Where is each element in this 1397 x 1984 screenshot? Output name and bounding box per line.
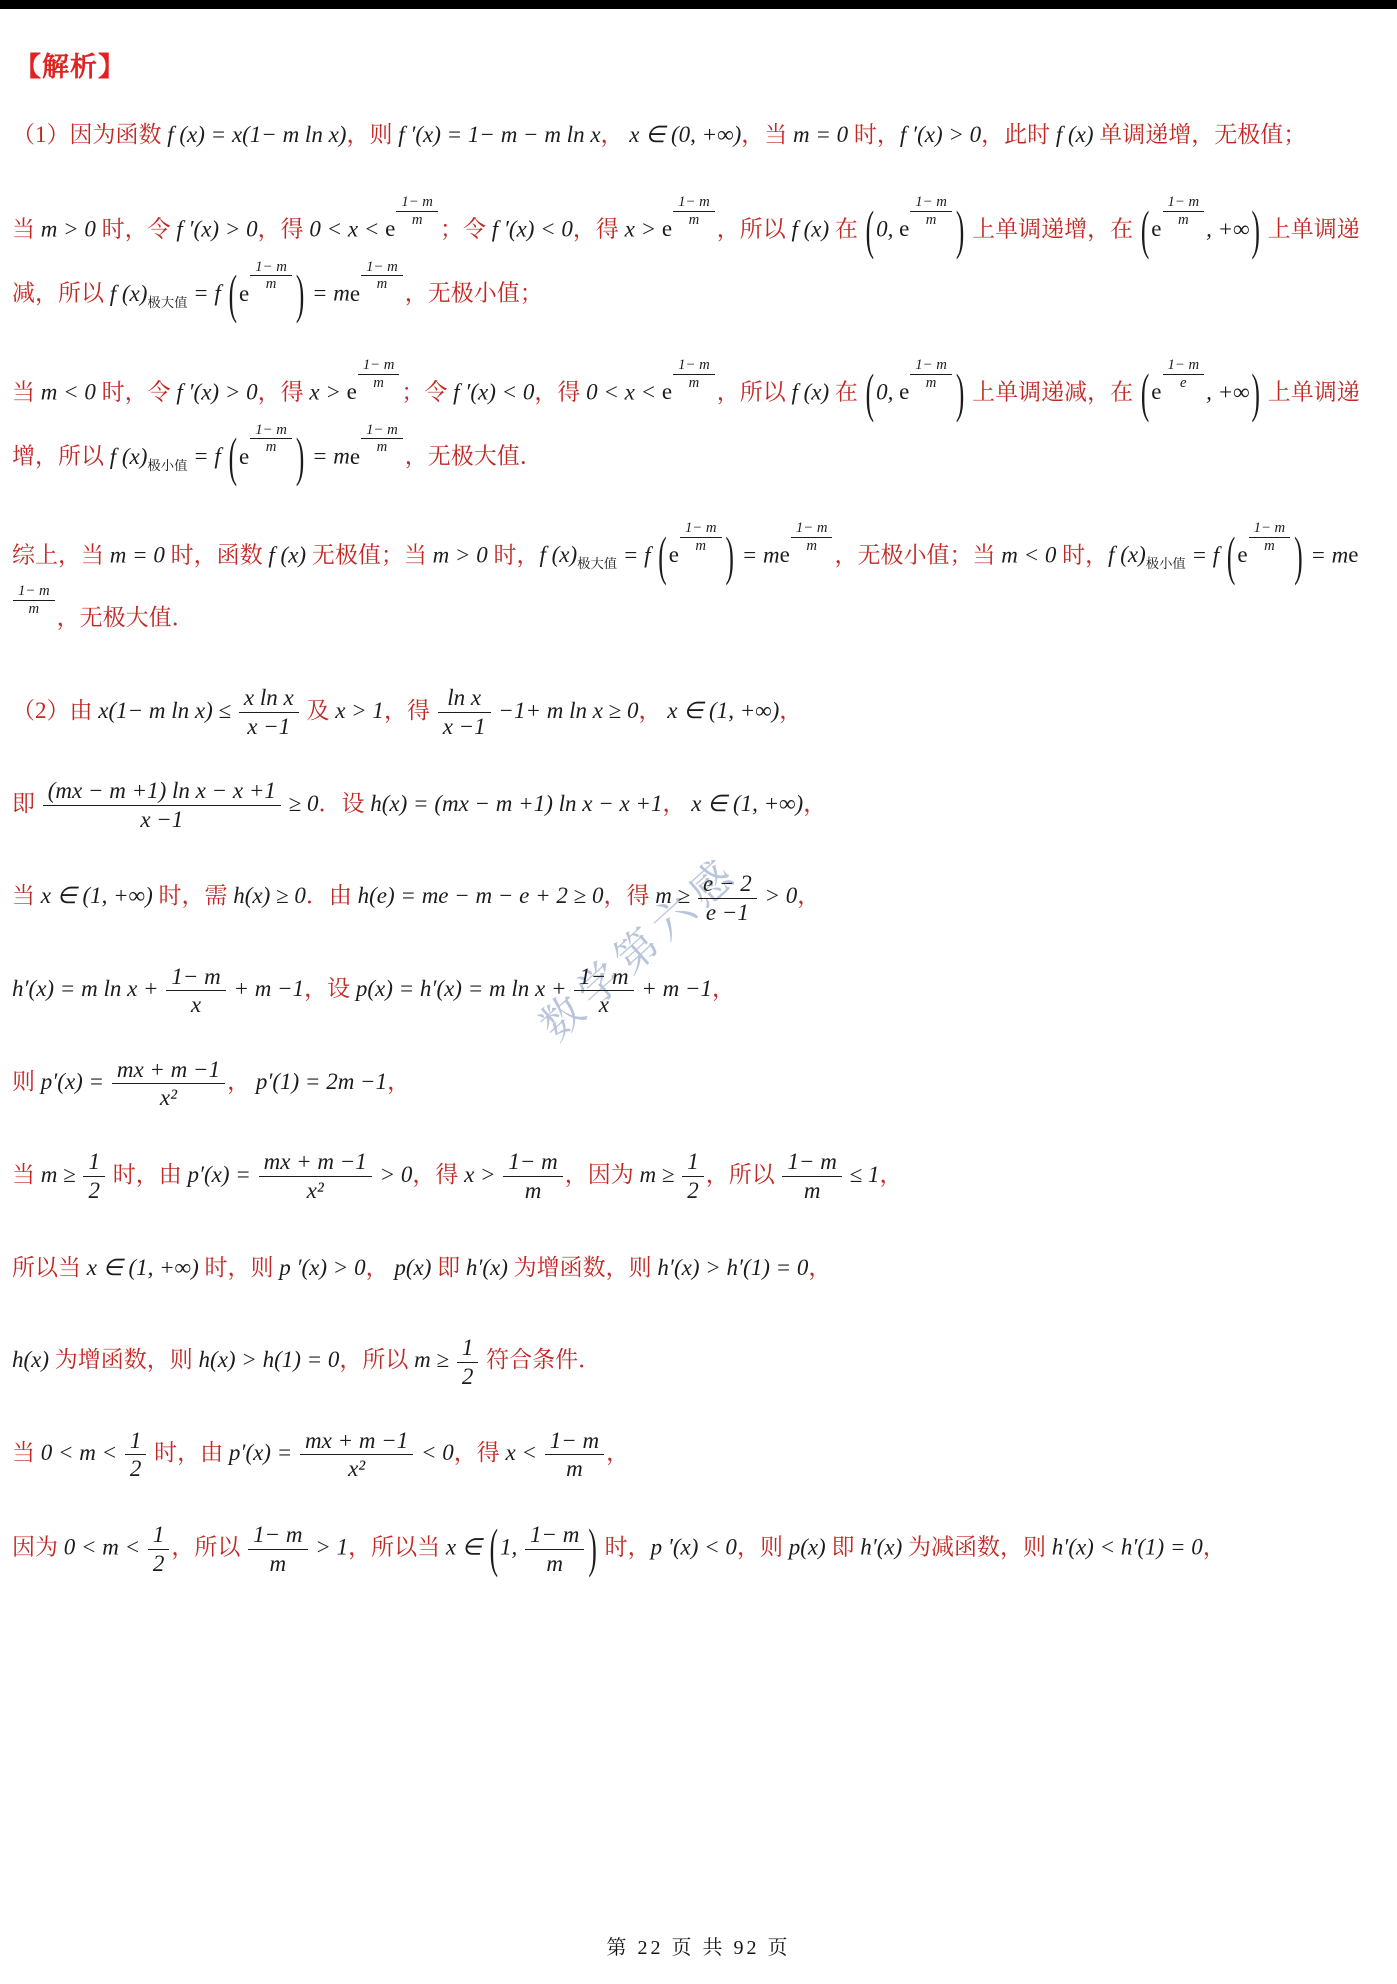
text-run: 无极值；当: [306, 542, 433, 567]
exp-expression: e1− mm: [239, 281, 294, 306]
fraction-denominator: x: [166, 991, 225, 1019]
fraction: 1− mm: [248, 1521, 307, 1577]
text-run: ，: [606, 1440, 629, 1465]
math-run: x >: [464, 1162, 501, 1187]
fraction-denominator: x −1: [43, 806, 281, 834]
fraction: e − 2e −1: [698, 870, 757, 926]
text-run: 当: [12, 883, 41, 908]
math-run: x > 1: [335, 698, 384, 723]
fraction: 12: [457, 1334, 479, 1390]
exp-expression: e1− mm: [350, 444, 405, 469]
math-run: m > 0: [41, 216, 96, 241]
fraction: 1− mm: [673, 194, 715, 227]
e-base: e: [662, 216, 672, 241]
math-run: = f: [187, 444, 226, 469]
text-run: ，所以: [717, 379, 792, 404]
text-run: 则: [12, 1069, 41, 1094]
exp-expression: e1− mm: [669, 542, 724, 567]
math-run: p′(x) =: [187, 1162, 256, 1187]
big-paren-close: ): [724, 488, 736, 627]
math-run: p′(x) =: [41, 1069, 110, 1094]
math-run: p(x) = h′(x) = m ln x +: [356, 976, 572, 1001]
math-run: h′(x) = m ln x +: [12, 976, 164, 1001]
text-run: ，所以: [717, 216, 792, 241]
math-run: 0 < x <: [309, 216, 385, 241]
fraction-numerator: 1− m: [361, 259, 403, 276]
text-run: ，得: [412, 1162, 464, 1187]
e-base: e: [239, 281, 249, 306]
e-base: e: [1348, 542, 1358, 567]
fraction: 1− mm: [680, 520, 722, 553]
big-paren-open: (: [227, 226, 239, 365]
math-run: x <: [506, 1440, 543, 1465]
fraction-numerator: mx + m −1: [259, 1148, 372, 1177]
fraction-denominator: m: [13, 601, 55, 617]
fraction: (mx − m +1) ln x − x +1x −1: [43, 777, 281, 833]
math-run: h(x) ≥ 0: [233, 883, 306, 908]
text-run: ，则: [346, 122, 398, 147]
text-run: ，: [366, 1255, 395, 1280]
fraction-denominator: 2: [682, 1177, 704, 1205]
e-base: e: [1151, 379, 1161, 404]
text-run: ，设: [304, 976, 356, 1001]
fraction-denominator: m: [680, 538, 722, 554]
exp-expression: e1− mm: [1151, 216, 1206, 241]
e-base: e: [662, 379, 672, 404]
math-run: 0,: [876, 379, 899, 404]
math-run: = f: [617, 542, 656, 567]
page-number-indicator: 第 22 页 共 92 页: [0, 1931, 1397, 1960]
text-run: 时，令: [96, 216, 177, 241]
exp-expression: e1− mm: [347, 379, 402, 404]
paragraph: 综上，当 m = 0 时，函数 f (x) 无极值；当 m > 0 时，f (x…: [12, 525, 1381, 648]
document-page: 【解析】 （1）因为函数 f (x) = x(1− m ln x)，则 f ′(…: [0, 9, 1397, 1581]
fraction-numerator: 1: [83, 1148, 105, 1177]
paragraph: （2）由 x(1− m ln x) ≤ x ln xx −1 及 x > 1，得…: [12, 682, 1381, 741]
fraction: 1− mm: [250, 259, 292, 292]
paragraph: 所以当 x ∈ (1, +∞) 时，则 p ′(x) > 0， p(x) 即 h…: [12, 1239, 1381, 1298]
paragraph: 则 p′(x) = mx + m −1x²， p′(1) = 2m −1，: [12, 1053, 1381, 1112]
fraction-denominator: 2: [125, 1455, 147, 1483]
math-run: m ≥: [639, 1162, 680, 1187]
e-base: e: [899, 379, 909, 404]
text-run: 单调递增，无极值；: [1094, 122, 1307, 147]
e-base: e: [385, 216, 395, 241]
text-run: ，: [639, 698, 668, 723]
text-run: ，无极小值；: [405, 281, 543, 306]
math-run: ≤ 1: [844, 1162, 880, 1187]
math-run: , +∞: [1206, 379, 1249, 404]
math-run: f (x) = x(1− m ln x): [167, 122, 346, 147]
math-run: x ∈: [446, 1534, 488, 1559]
math-run: = m: [306, 281, 350, 306]
fraction-numerator: 1− m: [910, 194, 952, 211]
text-run: 时，: [599, 1534, 651, 1559]
fraction: 12: [125, 1427, 147, 1483]
fraction-denominator: m: [545, 1455, 604, 1483]
math-run: x ∈ (1, +∞): [667, 698, 779, 723]
math-run: h(x) = (mx − m +1) ln x − x +1: [370, 791, 662, 816]
solution-body: （1）因为函数 f (x) = x(1− m ln x)，则 f ′(x) = …: [12, 106, 1381, 1581]
text-run: 时，由: [107, 1162, 188, 1187]
text-run: 当: [12, 216, 41, 241]
exp-expression: e1− mm: [780, 542, 835, 567]
big-paren-open: (: [864, 162, 876, 301]
exp-expression: e1− mm: [350, 281, 405, 306]
fraction-numerator: mx + m −1: [300, 1427, 413, 1456]
text-run: （1）因为函数: [12, 122, 167, 147]
text-run: 及: [301, 698, 336, 723]
fraction: 1− mm: [1249, 520, 1291, 553]
math-run: p(x): [394, 1255, 431, 1280]
fraction: 12: [83, 1148, 105, 1204]
fraction-denominator: 2: [457, 1363, 479, 1391]
text-run: 为增函数，则: [508, 1255, 658, 1280]
text-run: ，: [662, 791, 691, 816]
fraction: 1− mm: [782, 1148, 841, 1204]
fraction-denominator: m: [910, 375, 952, 391]
text-run: 即: [12, 791, 41, 816]
text-run: 为减函数，则: [902, 1534, 1052, 1559]
fraction-numerator: 1: [457, 1334, 479, 1363]
subscript-base: f (x): [1108, 542, 1146, 567]
fraction: 1− mm: [525, 1521, 584, 1577]
text-run: ，: [808, 1255, 831, 1280]
subscript-base: f (x): [539, 542, 577, 567]
text-run: ，: [601, 122, 630, 147]
math-run: 0 < m <: [64, 1534, 146, 1559]
fraction-denominator: m: [361, 439, 403, 455]
big-paren-close: ): [294, 389, 306, 528]
e-base: e: [1151, 216, 1161, 241]
e-base: e: [780, 542, 790, 567]
math-run: x ∈ (0, +∞): [629, 122, 741, 147]
fraction-denominator: m: [358, 375, 400, 391]
math-run: 0,: [876, 216, 899, 241]
fraction-numerator: 1− m: [503, 1148, 562, 1177]
fraction-numerator: 1− m: [166, 963, 225, 992]
fraction-numerator: 1− m: [250, 422, 292, 439]
e-base: e: [239, 444, 249, 469]
fraction-denominator: m: [248, 1550, 307, 1578]
fraction-numerator: 1: [682, 1148, 704, 1177]
fraction-denominator: m: [1163, 212, 1205, 228]
text-run: ，: [803, 791, 826, 816]
fraction: 1− mm: [1163, 194, 1205, 227]
math-run: 1,: [500, 1534, 523, 1559]
fraction-denominator: m: [791, 538, 833, 554]
fraction: 1− mx: [166, 963, 225, 1019]
fraction: x ln xx −1: [239, 684, 299, 740]
exp-expression: e1− mm: [385, 216, 440, 241]
math-run: f (x): [791, 216, 829, 241]
math-run: = m: [306, 444, 350, 469]
math-run: m < 0: [1001, 542, 1056, 567]
fraction-denominator: m: [503, 1177, 562, 1205]
subscript-label: 极大值: [147, 295, 187, 310]
math-run: x ∈ (1, +∞): [691, 791, 803, 816]
fraction-numerator: 1− m: [545, 1427, 604, 1456]
fraction-numerator: (mx − m +1) ln x − x +1: [43, 777, 281, 806]
fraction-numerator: 1: [125, 1427, 147, 1456]
text-run: ，: [1203, 1534, 1226, 1559]
fraction-numerator: 1− m: [673, 357, 715, 374]
fraction-numerator: mx + m −1: [112, 1056, 225, 1085]
text-run: ，得: [384, 698, 436, 723]
math-run: p(x): [789, 1534, 826, 1559]
math-run: + m −1: [636, 976, 712, 1001]
text-run: 时，由: [148, 1440, 229, 1465]
text-run: ，因为: [565, 1162, 640, 1187]
fraction-numerator: 1− m: [1163, 357, 1205, 374]
e-base: e: [1237, 542, 1247, 567]
fraction-denominator: m: [396, 212, 438, 228]
e-base: e: [350, 444, 360, 469]
text-run: ．设: [319, 791, 371, 816]
fraction: 1− mm: [791, 520, 833, 553]
fraction-numerator: 1− m: [525, 1521, 584, 1550]
fraction: 1− mm: [545, 1427, 604, 1483]
fraction: 1− mm: [361, 422, 403, 455]
fraction-numerator: 1− m: [680, 520, 722, 537]
text-run: ，当: [741, 122, 793, 147]
math-run: > 0: [374, 1162, 413, 1187]
fraction: mx + m −1x²: [300, 1427, 413, 1483]
text-run: ，: [779, 698, 802, 723]
math-run: h(x): [12, 1347, 49, 1372]
paragraph: （1）因为函数 f (x) = x(1− m ln x)，则 f ′(x) = …: [12, 106, 1381, 165]
math-run: > 0: [759, 883, 798, 908]
paragraph: 当 m ≥ 12 时，由 p′(x) = mx + m −1x² > 0，得 x…: [12, 1146, 1381, 1205]
math-run: x ∈ (1, +∞): [41, 883, 153, 908]
text-run: 时，: [1056, 542, 1108, 567]
text-run: 当: [12, 1440, 41, 1465]
math-with-subscript: f (x)极小值: [110, 444, 188, 469]
text-run: 时，则: [199, 1255, 280, 1280]
paragraph: 当 x ∈ (1, +∞) 时，需 h(x) ≥ 0．由 h(e) = me −…: [12, 867, 1381, 926]
big-paren-close: ): [954, 325, 966, 464]
text-run: ，: [387, 1069, 410, 1094]
exp-expression: e1− me: [1151, 379, 1206, 404]
text-run: ，: [712, 976, 735, 1001]
subscript-label: 极大值: [577, 556, 617, 571]
subscript-base: f (x): [110, 444, 148, 469]
fraction-numerator: 1− m: [248, 1521, 307, 1550]
big-paren-open: (: [1225, 488, 1237, 627]
exp-expression: e1− mm: [662, 216, 717, 241]
math-run: p ′(x) > 0: [279, 1255, 365, 1280]
text-run: 时，: [488, 542, 540, 567]
text-run: 为增函数，则: [49, 1347, 199, 1372]
math-run: m ≥: [655, 883, 696, 908]
fraction-denominator: x²: [259, 1177, 372, 1205]
math-run: 0 < m <: [41, 1440, 123, 1465]
fraction-denominator: m: [250, 276, 292, 292]
e-base: e: [350, 281, 360, 306]
text-run: 上单调递增，在: [966, 216, 1139, 241]
math-run: > 1: [310, 1534, 349, 1559]
paragraph: 即 (mx − m +1) ln x − x +1x −1 ≥ 0．设 h(x)…: [12, 775, 1381, 834]
paragraph: 当 0 < m < 12 时，由 p′(x) = mx + m −1x² < 0…: [12, 1424, 1381, 1483]
fraction-denominator: m: [673, 212, 715, 228]
subscript-base: f (x): [110, 281, 148, 306]
text-run: 在: [829, 216, 864, 241]
text-run: ，得: [573, 216, 625, 241]
fraction-numerator: 1− m: [574, 963, 633, 992]
big-paren-open: (: [227, 389, 239, 528]
text-run: ，此时: [981, 122, 1056, 147]
subscript-label: 极小值: [147, 458, 187, 473]
fraction-numerator: 1− m: [673, 194, 715, 211]
big-paren-open: (: [1139, 325, 1151, 464]
text-run: 在: [829, 379, 864, 404]
fraction: 1− mm: [250, 422, 292, 455]
fraction-numerator: 1− m: [910, 357, 952, 374]
math-run: h′(x): [860, 1534, 902, 1559]
big-paren-close: ): [1292, 488, 1304, 627]
fraction: 1− mm: [358, 357, 400, 390]
math-with-subscript: f (x)极大值: [539, 542, 617, 567]
math-run: x(1− m ln x) ≤: [98, 698, 237, 723]
big-paren-close: ): [586, 1480, 598, 1619]
text-run: ，得: [534, 379, 586, 404]
text-run: ，无极大值．: [405, 444, 543, 469]
big-paren-open: (: [1139, 162, 1151, 301]
math-run: h(e) = me − m − e + 2 ≥ 0: [358, 883, 604, 908]
fraction-denominator: m: [910, 212, 952, 228]
math-run: h′(x) > h′(1) = 0: [657, 1255, 808, 1280]
fraction: 12: [682, 1148, 704, 1204]
math-run: f (x): [268, 542, 306, 567]
math-run: h′(x): [466, 1255, 508, 1280]
subscript-label: 极小值: [1146, 556, 1186, 571]
fraction: 1− mx: [574, 963, 633, 1019]
fraction-denominator: e: [1163, 375, 1205, 391]
math-run: p ′(x) < 0: [651, 1534, 737, 1559]
fraction-numerator: 1− m: [791, 520, 833, 537]
fraction-denominator: m: [673, 375, 715, 391]
fraction: 1− mm: [13, 583, 55, 616]
exp-expression: e1− mm: [899, 216, 954, 241]
fraction: ln xx −1: [438, 684, 491, 740]
math-run: = m: [1305, 542, 1349, 567]
text-run: ，所以: [706, 1162, 781, 1187]
text-run: 因为: [12, 1534, 64, 1559]
text-run: 时，函数: [165, 542, 269, 567]
math-run: ≥ 0: [283, 791, 319, 816]
math-run: = f: [1186, 542, 1225, 567]
fraction-denominator: m: [1249, 538, 1291, 554]
math-run: 0 < x <: [586, 379, 662, 404]
paragraph: h(x) 为增函数，则 h(x) > h(1) = 0，所以 m ≥ 12 符合…: [12, 1331, 1381, 1390]
big-paren-open: (: [864, 325, 876, 464]
math-run: h′(x) < h′(1) = 0: [1052, 1534, 1203, 1559]
text-run: 综上，当: [12, 542, 110, 567]
math-run: x >: [625, 216, 662, 241]
text-run: ，得: [454, 1440, 506, 1465]
text-run: ，: [797, 883, 820, 908]
math-run: f ′(x) = 1− m − m ln x: [398, 122, 600, 147]
exp-expression: e1− mm: [899, 379, 954, 404]
fraction-numerator: 1: [148, 1521, 170, 1550]
text-run: ，: [227, 1069, 256, 1094]
text-run: 所以当: [12, 1255, 87, 1280]
math-run: f ′(x) > 0: [176, 379, 257, 404]
math-run: x >: [309, 379, 346, 404]
fraction-numerator: 1− m: [782, 1148, 841, 1177]
text-run: ；令: [440, 216, 492, 241]
fraction: 1− mm: [910, 357, 952, 390]
paragraph: h′(x) = m ln x + 1− mx + m −1，设 p(x) = h…: [12, 960, 1381, 1019]
fraction-denominator: x −1: [438, 713, 491, 741]
math-run: f ′(x) < 0: [492, 216, 573, 241]
fraction: mx + m −1x²: [259, 1148, 372, 1204]
text-run: ，则: [737, 1534, 789, 1559]
math-run: + m −1: [228, 976, 304, 1001]
fraction-numerator: 1− m: [1163, 194, 1205, 211]
math-run: p′(1) = 2m −1: [256, 1069, 387, 1094]
fraction: 1− mm: [503, 1148, 562, 1204]
fraction-denominator: 2: [148, 1550, 170, 1578]
text-run: ，所以: [339, 1347, 414, 1372]
text-run: 符合条件．: [480, 1347, 601, 1372]
fraction: 1− mm: [910, 194, 952, 227]
page-title: 【解析】: [14, 45, 1381, 84]
math-run: = m: [736, 542, 780, 567]
fraction-denominator: e −1: [698, 899, 757, 927]
fraction: 1− me: [1163, 357, 1205, 390]
text-run: ，得: [604, 883, 656, 908]
e-base: e: [669, 542, 679, 567]
text-run: ．由: [306, 883, 358, 908]
fraction-numerator: 1− m: [361, 422, 403, 439]
text-run: ，所以: [171, 1534, 246, 1559]
fraction-numerator: 1− m: [13, 583, 55, 600]
math-run: m = 0: [110, 542, 165, 567]
fraction-numerator: ln x: [438, 684, 491, 713]
big-paren-close: ): [954, 162, 966, 301]
fraction-denominator: x −1: [239, 713, 299, 741]
text-run: 即: [826, 1534, 861, 1559]
fraction: 1− mm: [396, 194, 438, 227]
fraction: mx + m −1x²: [112, 1056, 225, 1112]
fraction-numerator: 1− m: [250, 259, 292, 276]
text-run: 当: [12, 1162, 41, 1187]
math-with-subscript: f (x)极小值: [1108, 542, 1186, 567]
top-black-bar: [0, 0, 1397, 9]
fraction-numerator: 1− m: [396, 194, 438, 211]
big-paren-open: (: [656, 488, 668, 627]
text-run: ，: [879, 1162, 902, 1187]
fraction-denominator: x: [574, 991, 633, 1019]
exp-expression: e1− mm: [1237, 542, 1292, 567]
fraction-denominator: m: [361, 276, 403, 292]
fraction-numerator: 1− m: [1249, 520, 1291, 537]
fraction-numerator: 1− m: [358, 357, 400, 374]
math-run: f (x): [1056, 122, 1094, 147]
math-run: x ∈ (1, +∞): [87, 1255, 199, 1280]
text-run: ，无极大值．: [57, 605, 195, 630]
math-run: < 0: [415, 1440, 454, 1465]
math-run: = f: [187, 281, 226, 306]
fraction-denominator: x²: [300, 1455, 413, 1483]
math-run: m < 0: [41, 379, 96, 404]
math-run: f ′(x) > 0: [176, 216, 257, 241]
math-run: f ′(x) < 0: [453, 379, 534, 404]
math-run: −1+ m ln x ≥ 0: [493, 698, 639, 723]
math-run: f ′(x) > 0: [900, 122, 981, 147]
text-run: 时，需: [153, 883, 234, 908]
